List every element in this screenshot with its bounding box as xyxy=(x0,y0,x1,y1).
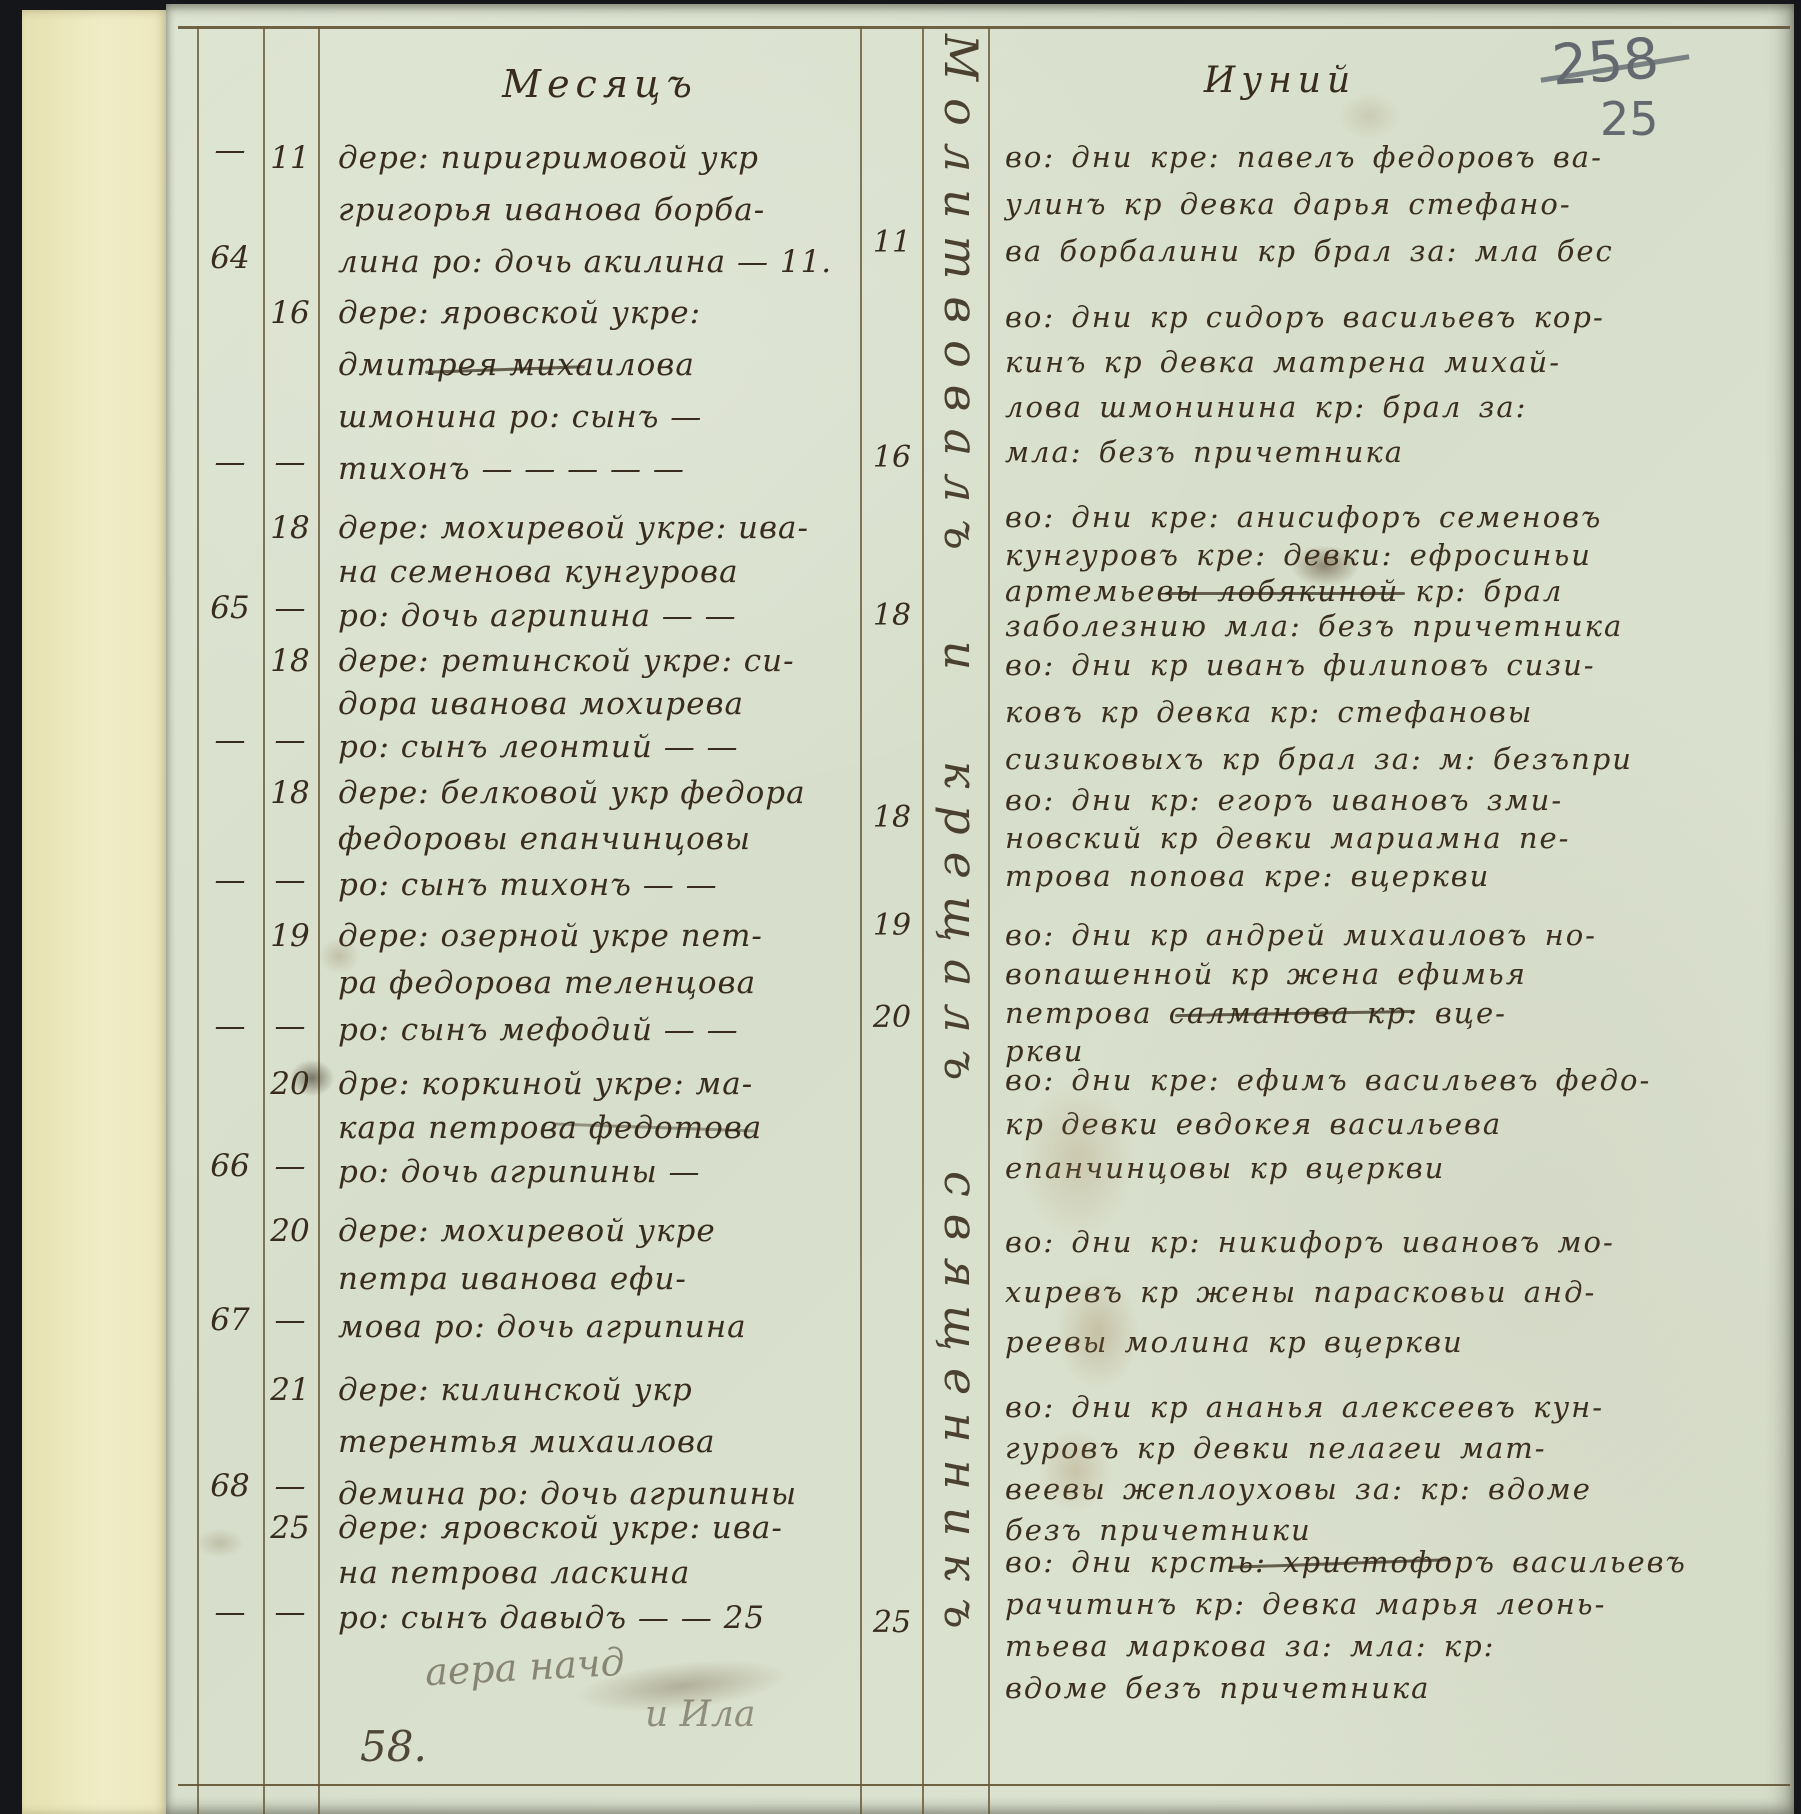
margin-mark: — xyxy=(263,1008,317,1044)
entry-line: ро: дочь агрипины — xyxy=(338,1154,701,1190)
paper-stain xyxy=(1055,1275,1140,1390)
entry-line: на петрова ласкина xyxy=(338,1555,690,1591)
entry-line: ро: сынъ леонтий — — xyxy=(338,729,739,765)
paper-stain xyxy=(318,938,360,974)
record-number: 65 xyxy=(200,590,260,626)
record-number: 66 xyxy=(200,1148,260,1184)
entry-line: во: дни кре: анисифоръ семеновъ xyxy=(1005,500,1602,534)
entry-line: новский кр девки мариамна пе- xyxy=(1005,821,1570,855)
entry-line: во: дни кр андрей михаиловъ но- xyxy=(1005,918,1597,952)
adjacent-page-edge xyxy=(22,10,170,1814)
entry-line: во: дни кр сидоръ васильевъ кор- xyxy=(1005,300,1605,334)
tally-number: 58. xyxy=(360,1722,427,1771)
repeat-day-number: 19 xyxy=(864,908,920,943)
entry-line: дере: ретинской укре: си- xyxy=(338,643,795,679)
entry-line: рачитинъ кр: девка марья леонь- xyxy=(1005,1587,1606,1621)
entry-line: шмонина ро: сынъ — xyxy=(338,399,702,435)
entry-line: вопашенной кр жена ефимья xyxy=(1005,957,1527,991)
margin-mark: — xyxy=(200,444,260,480)
entry-line: вдоме безъ причетника xyxy=(1005,1671,1430,1705)
paper-stain xyxy=(1020,1080,1135,1240)
repeat-day-number: 16 xyxy=(864,440,920,475)
entry-line: ро: сынъ тихонъ — — xyxy=(338,867,718,903)
entry-line: дере: яровской укре: ива- xyxy=(338,1510,783,1546)
margin-mark: — xyxy=(263,1468,317,1504)
entry-line: григорья иванова борба- xyxy=(338,192,765,228)
margin-mark: — xyxy=(200,1594,260,1630)
margin-mark: — xyxy=(263,1148,317,1184)
entry-line: тьева маркова за: мла: кр: xyxy=(1005,1629,1495,1663)
entry-line: лина ро: дочь акилина — 11. xyxy=(338,244,832,280)
day-number: 18 xyxy=(263,510,317,546)
entry-line: терентья михаилова xyxy=(338,1424,716,1460)
metric-book-scan: Месяцъ Иуний 258 25 Молитвовалъ и крещал… xyxy=(0,0,1801,1814)
margin-mark: — xyxy=(263,444,317,480)
record-number: 67 xyxy=(200,1302,260,1338)
paper-stain xyxy=(1338,92,1400,140)
paper-stain xyxy=(1038,1428,1113,1513)
entry-line: во: дни кр ананья алексеевъ кун- xyxy=(1005,1390,1604,1424)
repeat-day-number: 11 xyxy=(864,225,920,260)
day-number: 19 xyxy=(263,918,317,954)
vertical-priest-note: Молитвовалъ и крещалъ священникъ xyxy=(926,34,988,1794)
entry-line: петра иванова ефи- xyxy=(338,1261,687,1297)
margin-mark: — xyxy=(263,722,317,758)
entry-line: дере: пиригримовой укр xyxy=(338,140,759,176)
entry-line: тихонъ — — — — — xyxy=(338,451,685,487)
entry-line: дмитрея михаилова xyxy=(338,347,695,383)
entry-line: федоровы епанчинцовы xyxy=(338,821,751,857)
entry-line: сизиковыхъ кр брал за: м: безъпри xyxy=(1005,742,1633,776)
entry-line: во: дни кр иванъ филиповъ сизи- xyxy=(1005,648,1596,682)
day-number: 25 xyxy=(263,1510,317,1546)
day-number: 20 xyxy=(263,1213,317,1249)
strike-mark xyxy=(1165,592,1405,595)
paper-stain xyxy=(196,1528,244,1558)
entry-line: дора иванова мохирева xyxy=(338,686,744,722)
entry-line: кинъ кр девка матрена михай- xyxy=(1005,345,1561,379)
entry-line: дере: килинской укр xyxy=(338,1372,693,1408)
entry-line: мова ро: дочь агрипина xyxy=(338,1309,747,1345)
ink-stain xyxy=(1290,545,1360,587)
entry-line: ро: сынъ мефодий — — xyxy=(338,1012,739,1048)
margin-mark: — xyxy=(263,590,317,626)
day-number: 16 xyxy=(263,295,317,331)
entry-line: безъ причетники xyxy=(1005,1513,1312,1547)
entry-line: ро: дочь агрипина — — xyxy=(338,598,737,634)
entry-line: ва борбалини кр брал за: мла бес xyxy=(1005,234,1614,268)
entry-line: ра федорова теленцова xyxy=(338,965,756,1001)
day-number: 18 xyxy=(263,775,317,811)
repeat-day-number: 20 xyxy=(864,1000,920,1035)
entry-line: дере: мохиревой укре xyxy=(338,1213,716,1249)
top-rule xyxy=(178,26,1790,29)
margin-mark: — xyxy=(263,862,317,898)
entry-line: дере: яровской укре: xyxy=(338,295,701,331)
repeat-day-number: 18 xyxy=(864,598,920,633)
entry-line: артемьевы лобякиной кр: брал xyxy=(1005,574,1563,608)
entry-line: дре: коркиной укре: ма- xyxy=(338,1066,753,1102)
left-column-header: Месяцъ xyxy=(390,62,810,106)
entry-line: дере: озерной укре пет- xyxy=(338,918,763,954)
repeat-day-number: 18 xyxy=(864,800,920,835)
record-number: 64 xyxy=(200,240,260,276)
entry-line: ковъ кр девка кр: стефановы xyxy=(1005,695,1533,729)
entry-line: ро: сынъ давыдъ — — 25 xyxy=(338,1600,765,1636)
entry-line: дере: белковой укр федора xyxy=(338,775,806,811)
entry-line: на семенова кунгурова xyxy=(338,554,739,590)
day-number: 20 xyxy=(263,1066,317,1102)
entry-line: во: дни кре: павелъ федоровъ ва- xyxy=(1005,140,1603,174)
entry-line: дере: мохиревой укре: ива- xyxy=(338,510,809,546)
margin-mark: — xyxy=(200,862,260,898)
day-number: 18 xyxy=(263,643,317,679)
margin-mark: — xyxy=(263,1302,317,1338)
folio-number: 25 xyxy=(1600,92,1659,146)
margin-mark: — xyxy=(200,132,260,168)
entry-line: демина ро: дочь агрипины xyxy=(338,1476,797,1512)
day-number: 11 xyxy=(263,140,317,176)
column-rule xyxy=(988,26,990,1814)
column-rule xyxy=(922,26,924,1814)
entry-line: во: дни кр: егоръ ивановъ зми- xyxy=(1005,783,1563,817)
entry-line: трова попова кре: вцеркви xyxy=(1005,859,1490,893)
column-rule xyxy=(318,26,320,1814)
entry-line: заболезнию мла: безъ причетника xyxy=(1005,609,1623,643)
margin-mark: — xyxy=(200,1008,260,1044)
margin-mark: — xyxy=(200,722,260,758)
column-rule xyxy=(860,26,862,1814)
entry-line: улинъ кр девка дарья стефано- xyxy=(1005,187,1572,221)
entry-line: лова шмонинина кр: брал за: xyxy=(1005,390,1527,424)
entry-line: мла: безъ причетника xyxy=(1005,435,1404,469)
margin-mark: — xyxy=(263,1594,317,1630)
repeat-day-number: 25 xyxy=(864,1605,920,1640)
day-number: 21 xyxy=(263,1372,317,1408)
record-number: 68 xyxy=(200,1468,260,1504)
